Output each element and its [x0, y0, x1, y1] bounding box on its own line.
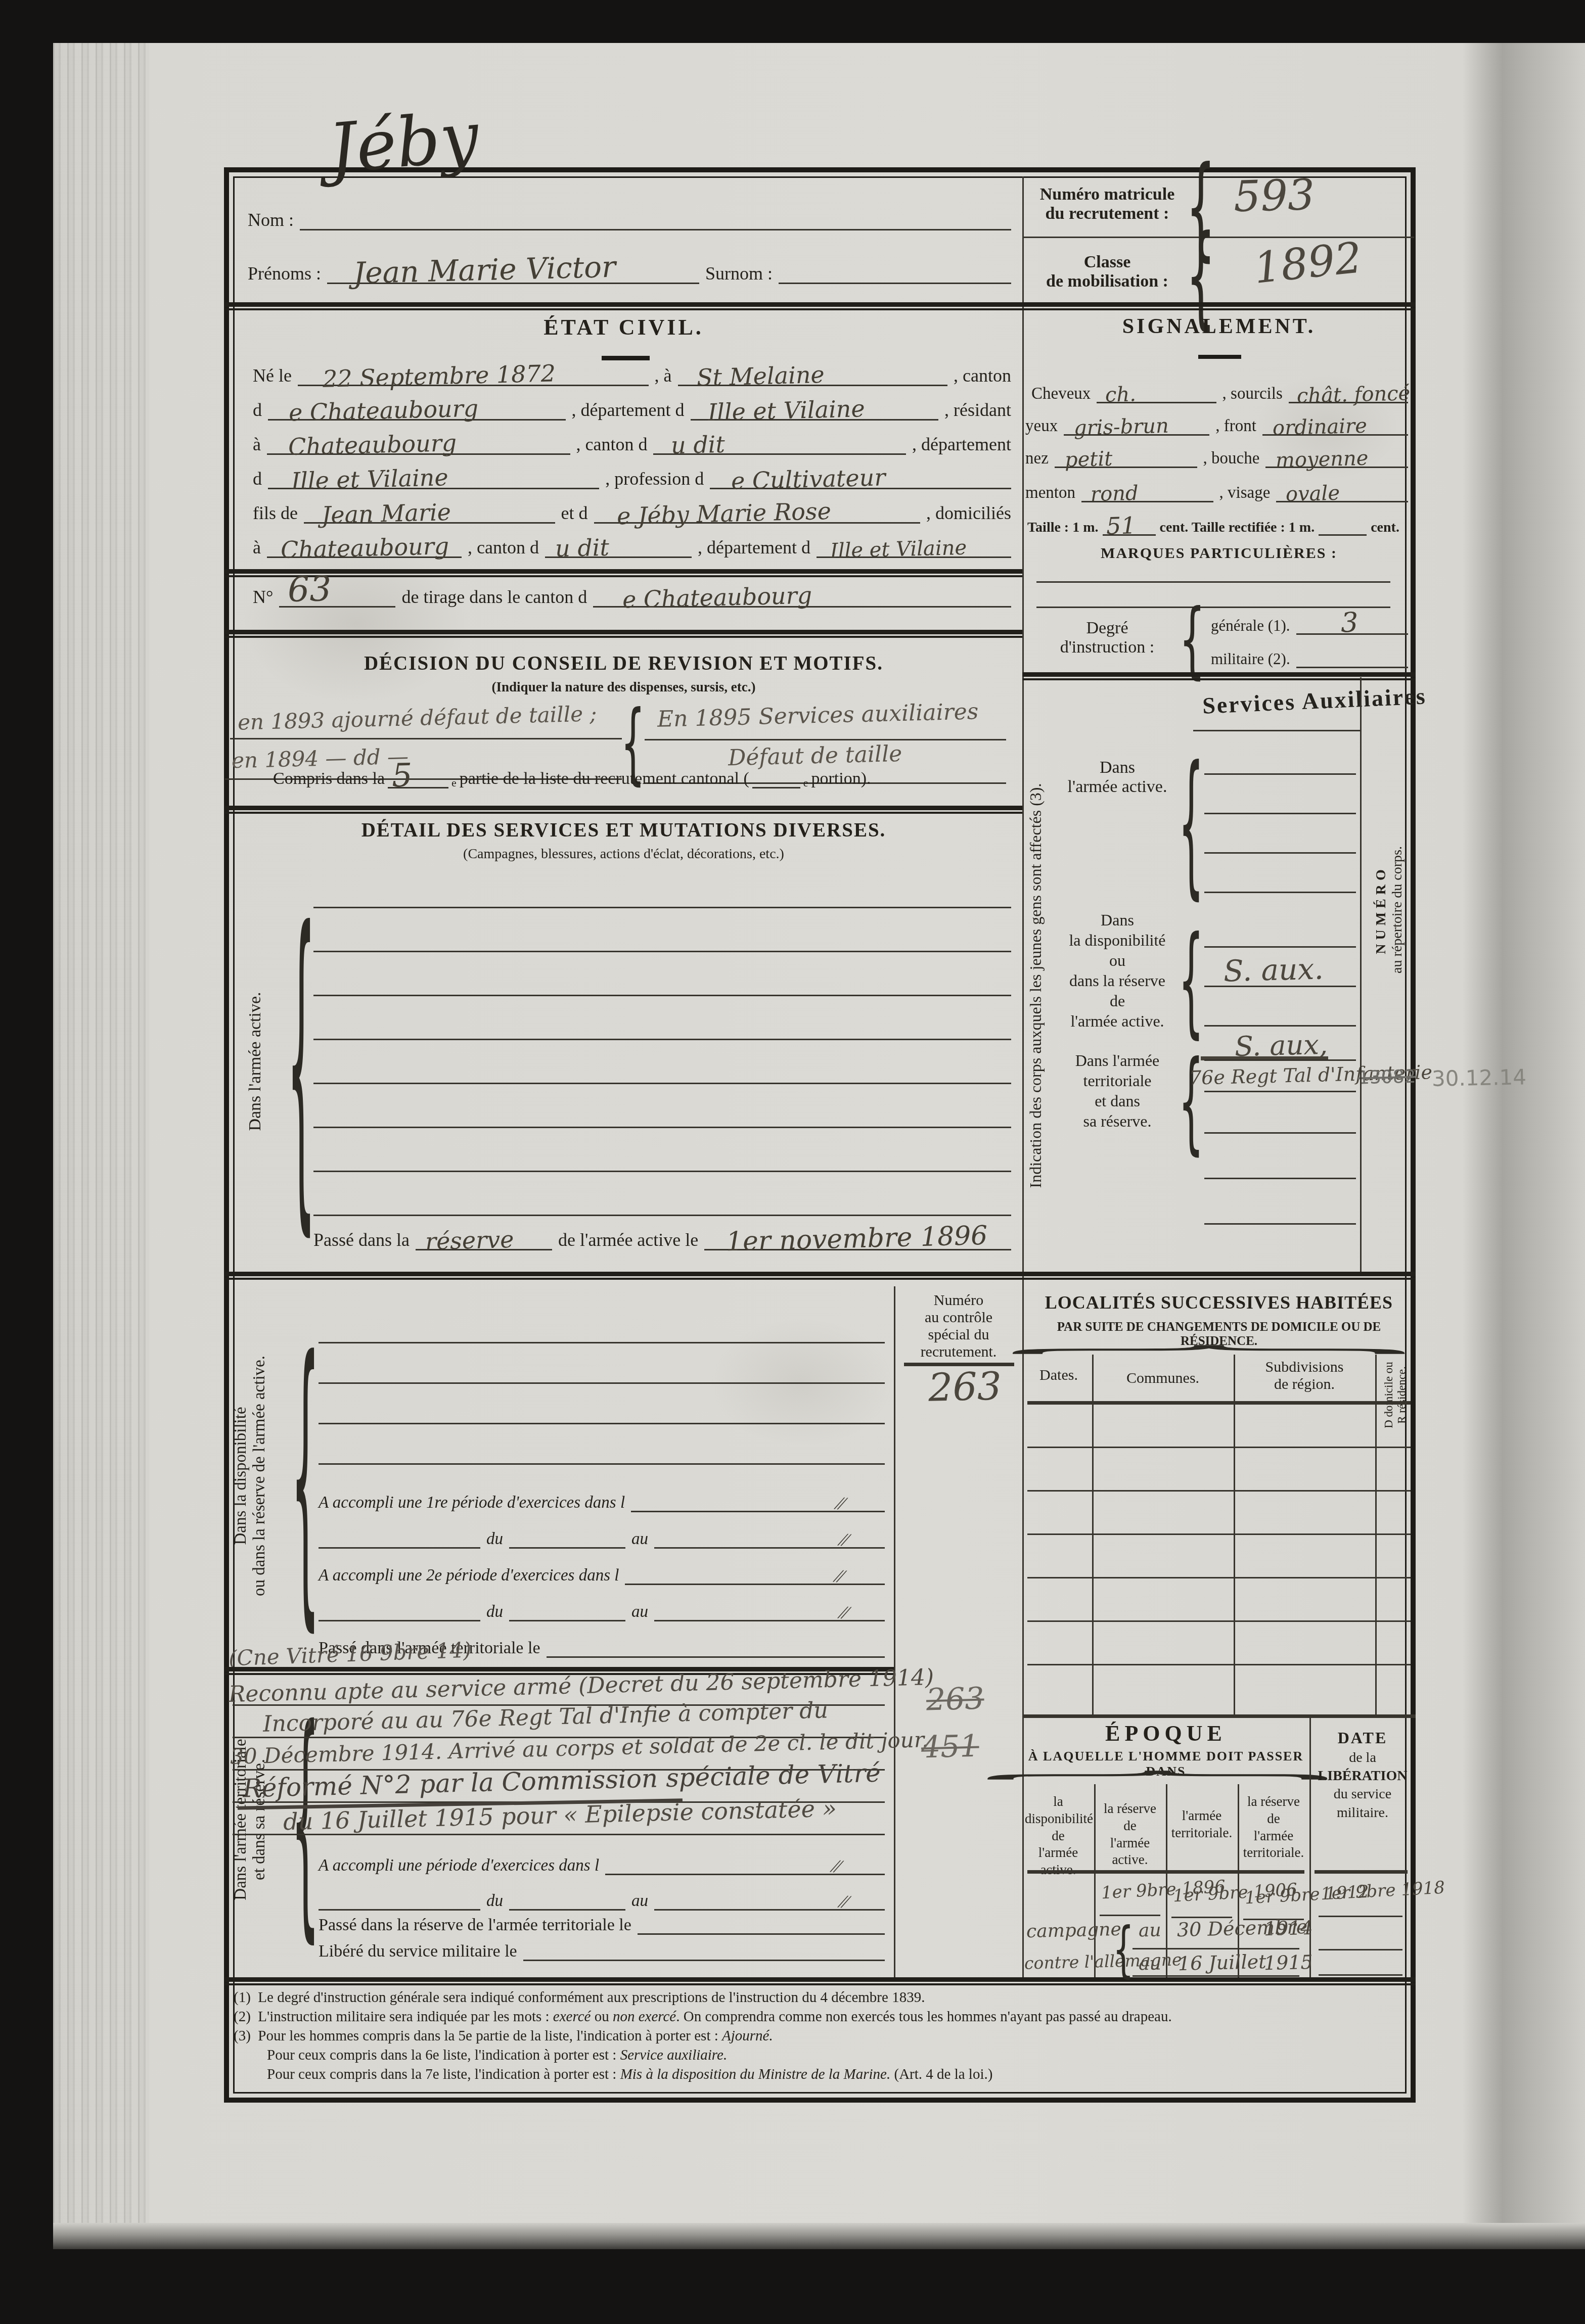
footnote-3: (3) Pour les hommes compris dans la 5e p… — [234, 2028, 773, 2044]
periode2-pre-field — [319, 1614, 480, 1621]
campagne-au-1: au — [1139, 1921, 1162, 1940]
passe-reserve-terr-label: Passé dans la réserve de l'armée territo… — [319, 1916, 631, 1935]
nom-label: Nom : — [248, 209, 294, 230]
subdiv-line2: de région. — [1239, 1376, 1370, 1393]
passe-reserve-row: Passé dans la réserve de l'armée active … — [313, 1219, 1011, 1250]
col4-line4: territoriale. — [1240, 1844, 1307, 1862]
footnote-2: (2) L'instruction militaire sera indiqué… — [234, 2009, 1172, 2025]
passe-reserve-label-2: de l'armée active le — [558, 1229, 698, 1250]
corps-rule — [1204, 852, 1356, 854]
libere-label: Libéré du service militaire le — [319, 1942, 517, 1961]
date-line4: du service — [1315, 1785, 1411, 1803]
menton-label: menton — [1025, 484, 1075, 502]
footnote-5-text-a: Pour ceux compris dans la 7e liste, l'in… — [267, 2066, 620, 2082]
a2-label: à — [253, 434, 261, 455]
sig-row-4: menton rond , visage ovale — [1025, 472, 1408, 502]
militaire-label: militaire (2). — [1211, 650, 1290, 668]
classe-label-line1: Classe — [1031, 253, 1183, 272]
canton-label: , canton — [954, 365, 1011, 386]
canton-field: e Chateaubourg — [268, 413, 566, 421]
et-de-label: et d — [561, 502, 588, 524]
taille-row: Taille : 1 m. 51 cent. Taille rectifiée … — [1027, 505, 1409, 536]
corps-repertoire-number: 13082 — [1358, 1068, 1416, 1088]
sig-row-2: yeux gris-brun , front ordinaire — [1025, 405, 1408, 436]
etat-row-1: Né le 22 Septembre 1872 , à St Melaine ,… — [253, 354, 1011, 386]
localites-row-rule — [1027, 1533, 1411, 1535]
mid-heavy-rule — [225, 1272, 1416, 1280]
service-rule — [313, 1127, 1011, 1128]
canton2-field: u dit — [653, 447, 906, 455]
corps-active-brace: { — [1179, 746, 1204, 902]
passe-reserve-label-1: Passé dans la — [313, 1229, 410, 1250]
col2-line3: l'armée active. — [1097, 1835, 1163, 1869]
controle-line3: spécial du — [899, 1326, 1018, 1343]
departement3-label: , département d — [698, 537, 810, 558]
scanned-register-sheet: Jéby Nom : Prénoms : Jean Marie Victor S… — [0, 0, 1585, 2324]
epoque-col3-header: l'armée territoriale. — [1168, 1807, 1235, 1842]
col3-line1: l'armée — [1168, 1807, 1235, 1825]
campagne-brace: { — [1113, 1920, 1134, 1980]
corps-rule — [1204, 892, 1356, 893]
periode1-pre-field — [319, 1541, 480, 1549]
domicile-field: Chateaubourg — [267, 550, 462, 558]
passe-territoriale-field — [547, 1650, 885, 1658]
localites-title: LOCALITÉS SUCCESSIVES HABITÉES — [1022, 1292, 1416, 1313]
localites-row-rule — [1027, 1577, 1411, 1578]
libere-field — [523, 1954, 885, 1961]
degre-brace: { — [1179, 599, 1205, 682]
departement-label: , département d — [572, 399, 685, 421]
col4-line3: l'armée — [1240, 1828, 1307, 1845]
slash-mark: ∕∕ — [840, 1528, 849, 1551]
localites-header-rule — [1027, 1401, 1411, 1405]
compris-partie-field: 5 — [388, 781, 448, 788]
controle-value: 263 — [928, 1367, 1002, 1407]
degre-label-line2: d'instruction : — [1041, 638, 1173, 657]
localites-row-rule — [1027, 1620, 1411, 1622]
nez-label: nez — [1025, 449, 1049, 468]
repertoire-line1: NUMÉRO — [1373, 846, 1389, 973]
surnom-label: Surnom : — [705, 263, 773, 284]
birthdate-value: 22 Septembre 1872 — [322, 361, 556, 390]
corps-rule — [1204, 1223, 1356, 1225]
visage-label: , visage — [1219, 484, 1271, 502]
corps-dispo-line4: dans la réserve — [1057, 970, 1178, 991]
campagne-rule-2 — [1133, 1975, 1299, 1977]
disponibilite-side-line1: Dans la disponibilité — [232, 1356, 250, 1596]
yeux-value: gris-brun — [1074, 416, 1169, 439]
armee-active-side-label: Dans l'armée active. — [246, 992, 265, 1131]
corps-terr-label: Dans l'armée territoriale et dans sa rés… — [1057, 1050, 1178, 1131]
decision-rule-1 — [230, 738, 622, 739]
tirage-bottom-rule — [225, 630, 1022, 638]
controle-line1: Numéro — [899, 1292, 1018, 1309]
footnote-3-num: (3) — [234, 2028, 251, 2044]
controle-column-divider — [894, 1286, 895, 1980]
periode2-label: A accompli une 2e période d'exercices da… — [319, 1566, 619, 1585]
disponibilite-side-line2: ou dans la réserve de l'armée active. — [250, 1356, 269, 1596]
campagne-rule-1 — [1133, 1948, 1299, 1949]
libere-row: Libéré du service militaire le — [319, 1933, 885, 1961]
corps-rule — [1204, 773, 1356, 775]
bouche-value: moyenne — [1276, 448, 1369, 471]
periode2-au-field: ∕∕ — [654, 1614, 885, 1621]
dispo-rule — [319, 1463, 885, 1465]
militaire-field — [1296, 661, 1408, 668]
tirage-canton-value: e Chateaubourg — [622, 583, 812, 611]
periode2-dates-row: du au ∕∕ — [319, 1590, 885, 1621]
taille-field: 51 — [1103, 528, 1156, 536]
footnote-2-num: (2) — [234, 2009, 251, 2025]
cheveux-label: Cheveux — [1031, 385, 1091, 403]
passe-reserve-value-1: réserve — [425, 1228, 514, 1253]
compris-row: Compris dans la 5 e partie de la liste d… — [273, 759, 961, 788]
corps-rule — [1204, 986, 1356, 987]
localites-ornament: { — [1006, 1342, 1431, 1357]
tirage-row: N° 63 de tirage dans le canton d e Chate… — [253, 575, 1011, 608]
controle-line2: au contrôle — [899, 1309, 1018, 1326]
footnote-3-italic: Ajourné. — [722, 2028, 773, 2044]
de2-label: d — [253, 468, 262, 489]
departement-field: Ille et Vilaine — [691, 413, 939, 421]
profession-value: e Cultivateur — [731, 466, 885, 492]
nez-field: petit — [1055, 460, 1197, 468]
compris-label-1: Compris dans la — [273, 769, 385, 788]
a-label: , à — [655, 365, 672, 386]
epoque-date-header: DATE de la LIBÉRATION du service militai… — [1315, 1728, 1411, 1822]
margin-pencil-date: 30.12.14 — [1432, 1064, 1527, 1091]
corps-dispo-line1: Dans — [1057, 910, 1178, 930]
service-rule — [313, 1215, 1011, 1216]
signalement-title: SIGNALEMENT. — [1022, 314, 1416, 339]
epoque-title: ÉPOQUE — [1022, 1721, 1309, 1746]
generale-value: 3 — [1341, 609, 1359, 637]
repertoire-line2: au répertoire du corps. — [1389, 846, 1406, 973]
domicile-value: Chateaubourg — [280, 534, 449, 562]
name-signature: Jéby — [326, 102, 481, 183]
corps-dispo-line2: la disponibilité — [1057, 930, 1178, 950]
menton-field: rond — [1081, 495, 1213, 502]
corps-terr-line4: sa réserve. — [1057, 1111, 1178, 1131]
father-field: Jean Marie — [304, 516, 555, 524]
prenoms-value: Jean Marie Victor — [353, 252, 616, 288]
canton-value: e Chateaubourg — [289, 396, 479, 424]
canton3-field: u dit — [545, 550, 692, 558]
campagne-year-2: 1915 — [1264, 1953, 1314, 1973]
generale-label: générale (1). — [1211, 617, 1290, 635]
service-rule — [313, 1039, 1011, 1040]
marques-title: MARQUES PARTICULIÈRES : — [1022, 545, 1416, 562]
visage-field: ovale — [1276, 495, 1408, 502]
detail-subtitle: (Campagnes, blessures, actions d'éclat, … — [225, 846, 1022, 862]
periode2-du-label: du — [486, 1603, 503, 1621]
localites-col-subdiv: Subdivisions de région. — [1239, 1359, 1370, 1393]
campagne-year-1: 1914 — [1264, 1918, 1314, 1938]
taille-value: 51 — [1106, 514, 1136, 537]
corps-terr-brace: { — [1179, 1046, 1204, 1157]
birthdate-field: 22 Septembre 1872 — [298, 379, 649, 386]
localites-row-rule — [1027, 1490, 1411, 1492]
footnote-4-italic: Service auxiliaire. — [620, 2047, 728, 2063]
epoque-ornament: { — [982, 1768, 1350, 1783]
front-value: ordinaire — [1273, 416, 1368, 439]
detail-title: DÉTAIL DES SERVICES ET MUTATIONS DIVERSE… — [225, 819, 1022, 842]
footnote-2-text-e: . On comprendra comme non exercés tous l… — [676, 2009, 1171, 2025]
service-rule — [313, 907, 1011, 908]
sig-row-3: nez petit , bouche moyenne — [1025, 438, 1408, 468]
disponibilite-side-label: Dans la disponibilité ou dans la réserve… — [232, 1356, 269, 1596]
periode1-au-label: au — [631, 1530, 648, 1549]
terr-periode-field: ∕∕ — [605, 1868, 885, 1875]
canton2-label: , canton d — [576, 434, 648, 455]
dispo-rule — [319, 1423, 885, 1424]
terr-periode-row: A accompli une période d'exercices dans … — [319, 1846, 885, 1875]
passe-reserve-field-1: réserve — [416, 1243, 552, 1250]
a3-label: à — [253, 537, 261, 558]
corps-rule — [1204, 1132, 1356, 1134]
periode1-label: A accompli une 1re période d'exercices d… — [319, 1494, 625, 1512]
paper-bottom-edge — [53, 2223, 1585, 2249]
canton3-value: u dit — [555, 536, 610, 561]
campagne-note-1: campagne — [1026, 1921, 1122, 1941]
col1-line1: la — [1025, 1793, 1092, 1810]
compris-sup-1: e — [451, 777, 457, 788]
passe-reserve-field-2: 1er novembre 1896 — [704, 1243, 1011, 1250]
corps-dispo-line3: ou — [1057, 950, 1178, 970]
col2-line1: la réserve — [1097, 1800, 1163, 1818]
col1-line3: de — [1025, 1828, 1092, 1845]
stamp-underline — [1193, 730, 1360, 731]
bouche-label: , bouche — [1203, 449, 1260, 468]
front-field: ordinaire — [1262, 428, 1408, 436]
de-label: d — [253, 399, 262, 421]
residence-value: Chateaubourg — [288, 431, 457, 458]
tirage-canton-field: e Chateaubourg — [593, 600, 1011, 608]
front-label: , front — [1215, 417, 1256, 436]
signalement-bottom-rule — [1022, 672, 1416, 680]
footnote-5-text-c: (Art. 4 de la loi.) — [890, 2066, 992, 2082]
etat-row-5: fils de Jean Marie et d e Jéby Marie Ros… — [253, 491, 1011, 524]
departement2-value: Ille et Vilaine — [291, 466, 448, 493]
compris-sup-2: e — [803, 777, 808, 788]
footnote-1-num: (1) — [234, 1989, 251, 2006]
terr-periode-label: A accompli une période d'exercices dans … — [319, 1856, 599, 1875]
campagne-date-2: 16 Juillet — [1178, 1952, 1266, 1973]
corps-rule — [1204, 1059, 1356, 1061]
repertoire-side-label: NUMÉRO au répertoire du corps. — [1373, 846, 1406, 973]
visage-value: ovale — [1285, 483, 1340, 505]
campagne-au-2: au — [1139, 1955, 1162, 1973]
degre-label-line1: Degré — [1041, 619, 1173, 638]
col4-line1: la réserve — [1240, 1793, 1307, 1810]
taille-rectifiee-field — [1319, 528, 1367, 536]
footnote-2-italic-2: non exercé — [613, 2009, 676, 2025]
numero-tirage-label: N° — [253, 586, 273, 608]
etat-row-4: d Ille et Vilaine , profession d e Culti… — [253, 457, 1011, 489]
footnote-2-text-c: ou — [591, 2009, 613, 2025]
footnote-3-text-a: Pour les hommes compris dans la 5e parti… — [258, 2028, 722, 2044]
corps-terr-line2: territoriale — [1057, 1071, 1178, 1091]
nom-field — [300, 223, 1011, 230]
footnote-1-text: Le degré d'instruction générale sera ind… — [258, 1989, 925, 2006]
corps-dispo-brace: { — [1179, 920, 1204, 1041]
footnote-2-italic-1: exercé — [553, 2009, 591, 2025]
classe-value: 1892 — [1252, 236, 1364, 290]
service-rule — [313, 1171, 1011, 1172]
corps-side-label: Indication des corps auxquels les jeunes… — [1026, 783, 1045, 1188]
canton3-label: , canton d — [468, 537, 539, 558]
sourcils-label: , sourcils — [1222, 385, 1283, 403]
corps-dispo-value: S. aux. — [1223, 954, 1324, 986]
periode2-row: A accompli une 2e période d'exercices da… — [319, 1554, 885, 1585]
corps-terr-line1: Dans l'armée — [1057, 1050, 1178, 1071]
epoque-value-rule — [1319, 1916, 1402, 1917]
footnote-5-italic: Mis à la disposition du Ministre de la M… — [620, 2066, 891, 2082]
periode1-au-field: ∕∕ — [654, 1541, 885, 1549]
corps-rule — [1204, 1178, 1356, 1179]
footnote-4-text-a: Pour ceux compris dans la 6e liste, l'in… — [267, 2047, 620, 2063]
corps-rule — [1204, 1025, 1356, 1027]
periode1-du-field — [509, 1541, 625, 1549]
sourcils-value: chât. foncé — [1297, 383, 1411, 406]
epoque-vline — [1094, 1784, 1096, 1977]
service-rule — [313, 995, 1011, 996]
departement3-field: Ille et Vilaine — [817, 550, 1011, 558]
corps-rule — [1204, 946, 1356, 948]
degre-label: Degré d'instruction : — [1041, 619, 1173, 657]
controle-number-263: 263 — [926, 1684, 984, 1715]
epoque-header-rule — [1027, 1870, 1304, 1874]
slash-mark: ∕∕ — [833, 1855, 841, 1878]
departement3-value: Ille et Vilaine — [830, 538, 967, 562]
sig-row-1: Cheveux ch. , sourcils chât. foncé — [1031, 373, 1408, 403]
footnote-2-text-a: L'instruction militaire sera indiquée pa… — [258, 2009, 553, 2025]
surnom-field — [779, 276, 1011, 284]
periode2-field: ∕∕ — [625, 1577, 885, 1585]
epoque-col1-header: la disponibilité de l'armée active. — [1025, 1793, 1092, 1879]
mother-field: e Jéby Marie Rose — [594, 516, 921, 524]
corps-active-label: Dans l'armée active. — [1057, 758, 1178, 797]
footnote-4: Pour ceux compris dans la 6e liste, l'in… — [267, 2047, 727, 2064]
header-bottom-rule — [225, 302, 1416, 310]
profession-label: , profession d — [605, 468, 704, 489]
compris-label-3: portion). — [811, 769, 871, 788]
generale-field: 3 — [1296, 627, 1408, 635]
cheveux-value: ch. — [1105, 384, 1136, 405]
dr-line1: D domicile ou — [1382, 1362, 1395, 1428]
corps-rule — [1204, 813, 1356, 814]
dispo-rule — [319, 1342, 885, 1343]
cent-label: cent. — [1371, 520, 1399, 536]
nez-value: petit — [1064, 449, 1112, 470]
footnote-5: Pour ceux compris dans la 7e liste, l'in… — [267, 2066, 992, 2083]
corps-dispo-label: Dans la disponibilité ou dans la réserve… — [1057, 910, 1178, 1031]
decision-rule-3 — [645, 739, 1006, 740]
residant-label: , résidant — [944, 399, 1011, 421]
date-line5: militaire. — [1315, 1804, 1411, 1822]
passe-reserve-terr-row: Passé dans la réserve de l'armée territo… — [319, 1907, 885, 1935]
ne-le-label: Né le — [253, 365, 292, 386]
nom-row: Nom : — [248, 198, 1011, 230]
etat-row-2: d e Chateaubourg , département d Ille et… — [253, 388, 1011, 421]
fils-de-label: fils de — [253, 502, 298, 524]
etat-civil-title: ÉTAT CIVIL. — [225, 314, 1022, 340]
date-line2: de la — [1315, 1749, 1411, 1767]
taille-rectifiee-label: cent. Taille rectifiée : 1 m. — [1160, 520, 1315, 536]
etat-row-6: à Chateaubourg , canton d u dit , départ… — [253, 526, 1011, 558]
corps-terr-line3: et dans — [1057, 1091, 1178, 1111]
cheveux-field: ch. — [1097, 396, 1216, 403]
periode1-row: A accompli une 1re période d'exercices d… — [319, 1481, 885, 1512]
marques-rule-1 — [1036, 581, 1390, 583]
localites-bottom-rule — [1022, 1714, 1416, 1718]
father-value: Jean Marie — [321, 500, 451, 527]
periode1-dates-row: du au ∕∕ — [319, 1517, 885, 1549]
corps-rule — [1204, 1091, 1356, 1092]
signalement-ornament — [1198, 355, 1241, 359]
corps-active-line1: Dans — [1057, 758, 1178, 777]
classe-label-line2: de mobilisation : — [1031, 272, 1183, 291]
matricule-value: 593 — [1233, 173, 1315, 218]
footnotes-top-rule — [225, 1977, 1416, 1985]
col3-line2: territoriale. — [1168, 1825, 1235, 1842]
book-page-edges — [53, 43, 149, 2249]
yeux-field: gris-brun — [1064, 428, 1209, 436]
slash-mark: ∕∕ — [840, 1601, 849, 1624]
departement2-label: , département — [912, 434, 1011, 455]
slash-mark: ∕∕ — [836, 1565, 844, 1588]
prenoms-label: Prénoms : — [248, 263, 321, 284]
localites-row-rule — [1027, 1447, 1411, 1448]
campagne-rule-2b — [1319, 1974, 1402, 1976]
decision-title: DÉCISION DU CONSEIL DE REVISION ET MOTIF… — [225, 652, 1022, 675]
corps-dispo-line5: de — [1057, 991, 1178, 1011]
passe-reserve-value-2: 1er novembre 1896 — [726, 1223, 987, 1256]
departement2-field: Ille et Vilaine — [268, 482, 599, 489]
prenoms-row: Prénoms : Jean Marie Victor Surnom : — [248, 252, 1011, 284]
numero-tirage-value: 63 — [287, 572, 332, 608]
localites-col-dr: D domicile ou R résidence. — [1382, 1362, 1409, 1428]
subdiv-line1: Subdivisions — [1239, 1359, 1370, 1376]
classe-label: Classe de mobilisation : — [1031, 253, 1183, 291]
taille-label: Taille : 1 m. — [1027, 520, 1099, 536]
birthplace-field: St Melaine — [678, 379, 948, 386]
menton-value: rond — [1091, 483, 1139, 504]
decision-bottom-rule — [225, 806, 1022, 814]
residence-field: Chateaubourg — [267, 447, 570, 455]
domicilies-label: , domiciliés — [926, 502, 1011, 524]
date-header-rule — [1315, 1870, 1408, 1874]
canton2-value: u dit — [671, 433, 726, 457]
tirage-canton-label: de tirage dans le canton d — [401, 586, 587, 608]
matricule-label: Numéro matricule du recrutement : — [1031, 185, 1183, 223]
etat-row-3: à Chateaubourg , canton d u dit , départ… — [253, 423, 1011, 455]
footnote-1: (1) Le degré d'instruction générale sera… — [234, 1989, 925, 2006]
compris-portion-field — [752, 781, 800, 788]
profession-field: e Cultivateur — [710, 482, 1011, 489]
controle-number-451: 451 — [921, 1731, 979, 1763]
localites-col-communes: Communes. — [1097, 1370, 1229, 1387]
campagne-rule-1b — [1319, 1949, 1402, 1950]
localites-col-dates: Dates. — [1027, 1367, 1090, 1384]
corps-active-line2: l'armée active. — [1057, 777, 1178, 797]
disponibilite-brace: { — [291, 1321, 320, 1631]
epoque-col4-header: la réserve de l'armée territoriale. — [1240, 1793, 1307, 1862]
epoque-col2-header: la réserve de l'armée active. — [1097, 1800, 1163, 1869]
matricule-label-line1: Numéro matricule — [1031, 185, 1183, 204]
main-column-divider — [1022, 176, 1024, 1981]
periode1-field: ∕∕ — [631, 1505, 885, 1512]
